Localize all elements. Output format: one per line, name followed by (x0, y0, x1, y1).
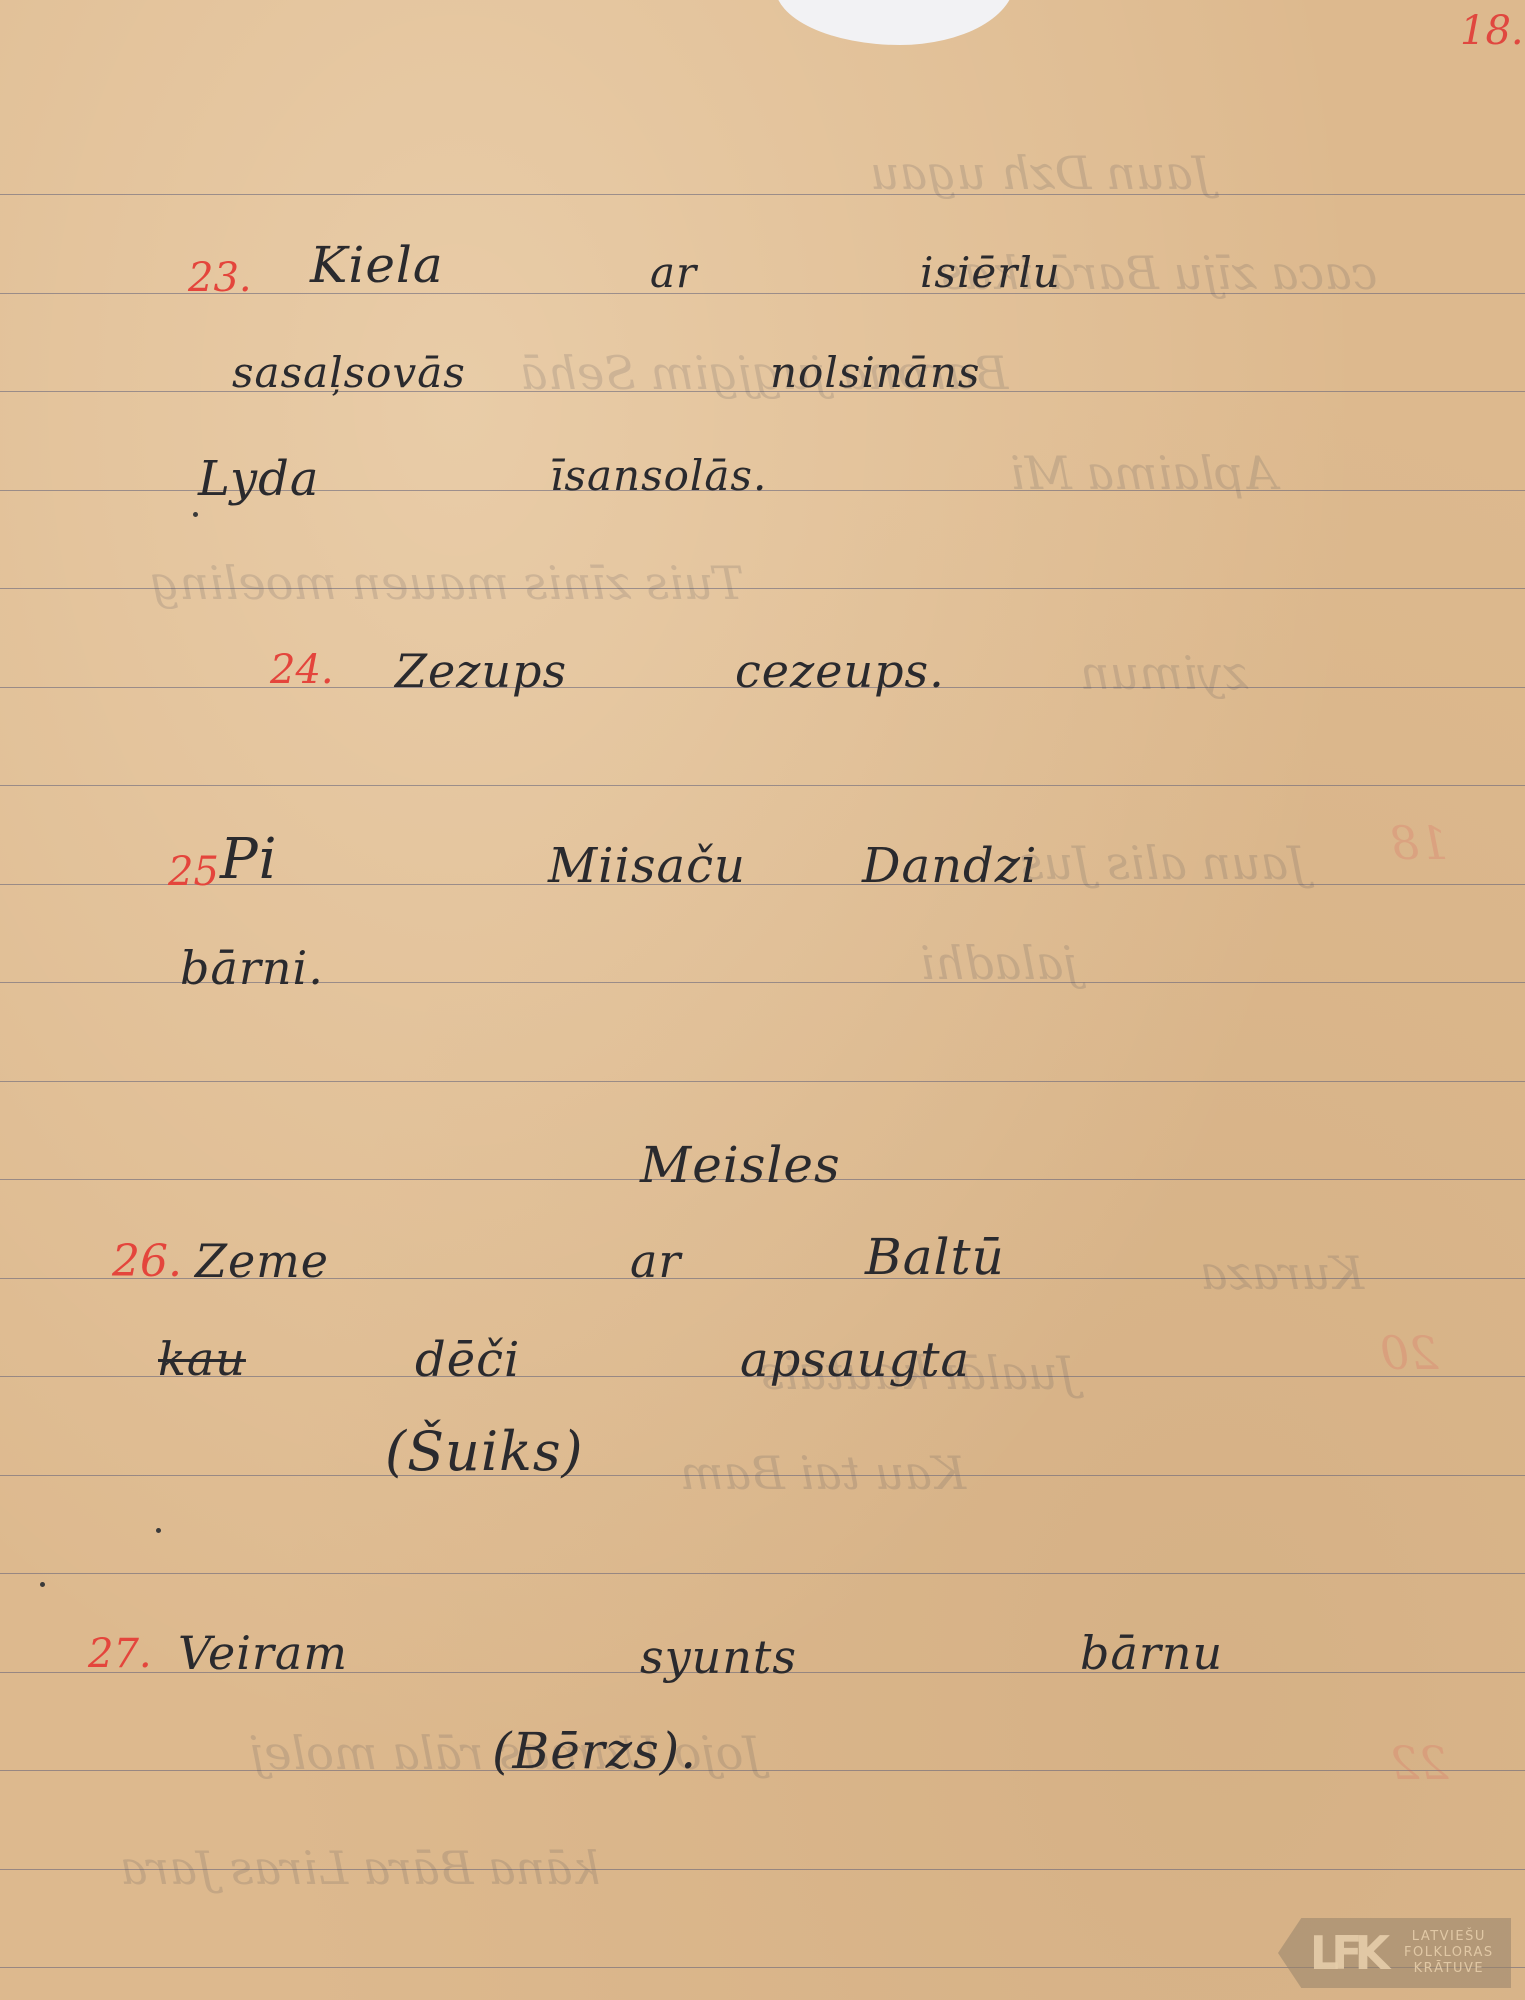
entry-word: nolsināns (770, 352, 980, 394)
rule-line (0, 194, 1525, 195)
bleed-through-text: zyimun (1080, 650, 1248, 696)
entry-word: sasaļsovās (232, 352, 466, 394)
entry-word: apsaugta (740, 1336, 970, 1384)
archive-logo: LFK LATVIEŠU FOLKLORAS KRĀTUVE (1278, 1918, 1511, 1988)
entry-word: ar (630, 1238, 681, 1284)
entry-word: Zezups (395, 648, 567, 694)
page-number: 18. (1460, 8, 1524, 54)
entry-number: 25 (168, 852, 219, 892)
section-heading: Meisles (640, 1140, 841, 1190)
entry-word: Kiela (310, 240, 444, 290)
archive-logo-line: KRĀTUVE (1414, 1961, 1485, 1977)
entry-attribution: (Bērzs). (492, 1726, 697, 1776)
entry-word: Veiram (178, 1630, 348, 1676)
ink-speck (193, 512, 198, 517)
ink-speck (40, 1582, 45, 1587)
entry-word: Lyda (198, 455, 320, 503)
archive-logo-line: FOLKLORAS (1404, 1945, 1494, 1961)
entry-word: syunts (640, 1634, 797, 1680)
bleed-through-number: 18 (1390, 820, 1449, 866)
rule-line (0, 785, 1525, 786)
entry-word: Baltū (865, 1232, 1005, 1282)
entry-number: 26. (112, 1240, 182, 1284)
entry-number: 27. (88, 1634, 152, 1674)
archive-logo-line: LATVIEŠU (1412, 1929, 1486, 1945)
bleed-through-number: 20 (1380, 1330, 1439, 1376)
bleed-through-number: 22 (1390, 1740, 1449, 1786)
entry-word: ar (650, 252, 697, 294)
bleed-through-text: jaladhi (920, 940, 1078, 986)
entry-word: dēči (415, 1336, 520, 1384)
rule-line (0, 1770, 1525, 1771)
manuscript-page: Jaun Dzh ugau caca zīju Barā ikas Barona… (0, 0, 1525, 2000)
entry-word: Zeme (195, 1238, 329, 1284)
entry-word: isiērlu (920, 252, 1061, 294)
entry-word: Pi (220, 832, 278, 888)
entry-word: bārni. (180, 945, 324, 991)
entry-number: 23. (188, 258, 252, 298)
archive-logo-mark: LFK (1278, 1918, 1396, 1988)
torn-edge (775, 0, 1015, 45)
entry-word: bārnu (1080, 1630, 1223, 1676)
entry-number: 24. (270, 650, 334, 690)
bleed-through-text: Aplaima Mi (1010, 450, 1277, 496)
ink-speck (156, 1528, 161, 1533)
bleed-through-text: Jaun Dzh ugau (870, 150, 1211, 196)
bleed-through-text: Kau tai Bam (680, 1450, 966, 1496)
bleed-through-text: Tuis zīnis mauen moeling (150, 560, 744, 606)
archive-logo-text: LATVIEŠU FOLKLORAS KRĀTUVE (1404, 1929, 1494, 1977)
entry-attribution: (Šuiks) (385, 1425, 584, 1479)
rule-line (0, 1573, 1525, 1574)
bleed-through-text: kāna Bāra Liras Jara (120, 1845, 600, 1891)
entry-word: cezeups. (735, 648, 945, 694)
entry-word: īsansolās. (550, 455, 767, 497)
rule-line (0, 1081, 1525, 1082)
struck-word: kau (158, 1336, 246, 1382)
entry-word: Dandzi (862, 842, 1037, 890)
bleed-through-text: Kuraza (1200, 1250, 1364, 1296)
bleed-through-text: Jaun alis Jus (1020, 840, 1307, 886)
entry-word: Miisaču (548, 842, 746, 890)
